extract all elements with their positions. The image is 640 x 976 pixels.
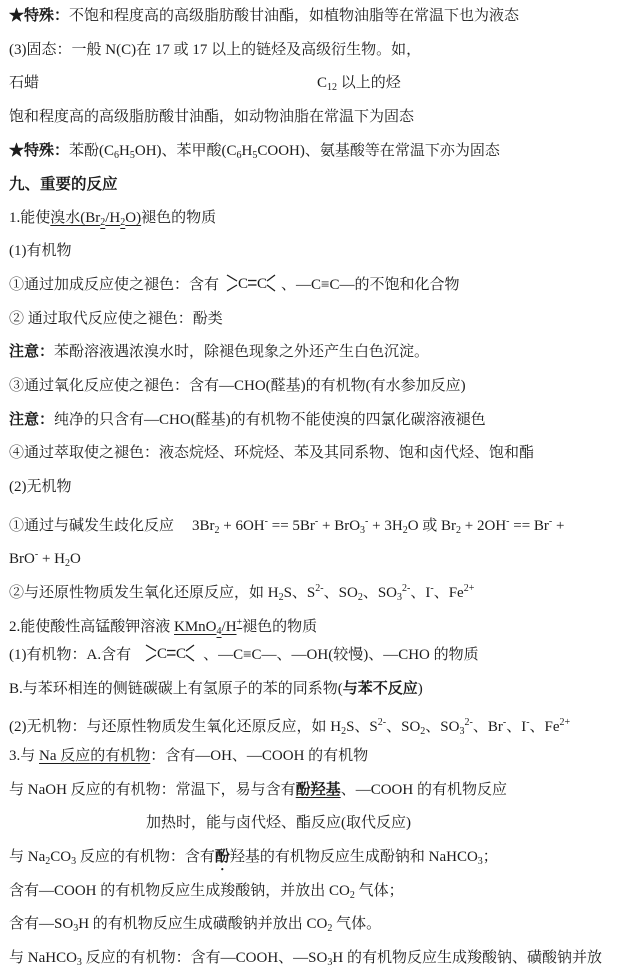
text-segment: 2- (464, 717, 472, 728)
text-segment: H (242, 143, 253, 159)
text-segment: == Br (510, 518, 549, 534)
text-line: 1.能使溴水(Br2/H2O)褪色的物质 (9, 202, 634, 236)
svg-text:C: C (257, 276, 267, 292)
text-segment: 、I (410, 585, 430, 601)
text-segment: 反应的有机物：含有—COOH、—SO (82, 950, 327, 966)
text-line: (1)有机物：A.含有CC、—C≡C—、—OH(较慢)、—CHO 的物质 (9, 639, 634, 673)
spacer (9, 826, 146, 827)
text-segment: ①通过与碱发生歧化反应 (9, 518, 174, 534)
text-segment: 纯净的只含有—CHO(醛基)的有机物不能使溴的四氯化碳溶液褪色 (54, 412, 486, 428)
text-segment: + 6OH (220, 518, 265, 534)
svg-text:C: C (157, 646, 167, 662)
text-segment: 与苯不反应 (343, 681, 418, 697)
text-segment: 3.与 (9, 748, 39, 764)
svg-text:C: C (238, 276, 248, 292)
text-line: 3.与 Na 反应的有机物：含有—OH、—COOH 的有机物 (9, 740, 634, 774)
text-segment: ★特殊： (9, 8, 69, 24)
text-line: ③通过氧化反应使之褪色：含有—CHO(醛基)的有机物(有水参加反应) (9, 370, 634, 404)
alkene-double-bond-icon: CC (226, 272, 276, 308)
text-segment: 2+ (560, 717, 571, 728)
spacer (219, 288, 224, 289)
text-line: 与 NaOH 反应的有机物：常温下，易与含有酚羟基、—COOH 的有机物反应 (9, 774, 634, 808)
text-segment: 、—C≡C—、—OH(较慢)、—CHO 的物质 (203, 647, 479, 663)
text-line: 石蜡C12 以上的烃 (9, 67, 634, 101)
text-segment: 与 NaHCO (9, 950, 77, 966)
text-segment: + H (38, 551, 65, 567)
text-segment: ； (483, 849, 498, 865)
text-line: ①通过与碱发生歧化反应3Br2 + 6OH- == 5Br- + BrO3- +… (9, 505, 634, 539)
text-segment: ④通过萃取使之褪色：液态烷烃、环烷烃、苯及其同系物、饱和卤代烃、饱和酯 (9, 445, 534, 461)
text-segment: 2- (378, 717, 386, 728)
text-segment: 、Br (473, 719, 503, 735)
spacer (174, 529, 192, 530)
text-line: 九、重要的反应 (9, 168, 634, 202)
text-segment: 气体； (355, 883, 404, 899)
text-line: 加热时，能与卤代烃、酯反应(取代反应) (9, 807, 634, 841)
text-line: 2.能使酸性高锰酸钾溶液 KMnO4/H+褪色的物质 (9, 606, 634, 640)
text-segment: KMnO (174, 619, 217, 635)
text-segment: OH)、苯甲酸(C (135, 143, 237, 159)
text-segment: 、SO (386, 719, 420, 735)
text-segment: + (552, 518, 564, 534)
text-segment: ③通过氧化反应使之褪色：含有—CHO(醛基)的有机物(有水参加反应) (9, 378, 466, 394)
text-line: 注意：苯酚溶液遇浓溴水时，除褪色现象之外还产生白色沉淀。 (9, 336, 634, 370)
text-segment: 与 Na (9, 849, 45, 865)
text-segment: 不饱和程度高的高级脂肪酸甘油酯，如植物油脂等在常温下也为液态 (69, 8, 519, 24)
text-segment: /H (105, 210, 120, 226)
text-segment: S、S (346, 719, 378, 735)
text-segment: 、Fe (530, 719, 560, 735)
text-segment: 饱和程度高的高级脂肪酸甘油酯，如动物油脂在常温下为固态 (9, 109, 414, 125)
text-segment: 气体。 (332, 916, 381, 932)
text-segment: H 的有机物反应生成羧酸钠、磺酸钠并放 (332, 950, 602, 966)
text-line: ①通过加成反应使之褪色：含有CC、—C≡C—的不饱和化合物 (9, 269, 634, 303)
text-segment: 石蜡 (9, 75, 39, 91)
text-segment: 注意： (9, 412, 54, 428)
text-segment: H 的有机物反应生成磺酸钠并放出 CO (78, 916, 327, 932)
text-segment: O) (125, 210, 141, 226)
text-segment: 、SO (425, 719, 459, 735)
text-segment: 苯酚(C (69, 143, 114, 159)
text-segment: + 3H (368, 518, 402, 534)
text-segment: 、I (506, 719, 526, 735)
text-segment: 含有—SO (9, 916, 73, 932)
text-segment: (2)无机物：与还原性物质发生氧化还原反应，如 H (9, 719, 341, 735)
text-segment: ：含有—OH、—COOH 的有机物 (150, 748, 368, 764)
text-segment: 3Br (192, 518, 215, 534)
text-segment: ②与还原性物质发生氧化还原反应，如 H (9, 585, 279, 601)
text-segment: S、S (284, 585, 316, 601)
text-segment: 、SO (363, 585, 397, 601)
text-segment: 2.能使酸性高锰酸钾溶液 (9, 619, 174, 635)
text-segment: 酚羟基 (296, 782, 341, 798)
text-segment: (1)有机物：A.含有 (9, 647, 131, 663)
spacer (131, 658, 143, 659)
text-segment: H (119, 143, 130, 159)
text-segment: 、—COOH 的有机物反应 (341, 782, 507, 798)
text-segment: 2+ (464, 583, 475, 594)
spacer (39, 86, 317, 87)
text-line: 含有—COOH 的有机物反应生成羧酸钠，并放出 CO2 气体； (9, 875, 634, 909)
text-segment: 溴水(Br (50, 210, 100, 226)
text-segment: 加热时，能与卤代烃、酯反应(取代反应) (146, 815, 411, 831)
text-segment: 、Fe (434, 585, 464, 601)
text-segment: B.与苯环相连的侧链碳碳上有氢原子的苯的同系物( (9, 681, 343, 697)
text-segment: O (70, 551, 81, 567)
text-line: ★特殊：苯酚(C6H5OH)、苯甲酸(C6H5COOH)、氨基酸等在常温下亦为固… (9, 135, 634, 169)
text-segment: 、—C≡C—的不饱和化合物 (281, 277, 459, 293)
text-segment: ② 通过取代反应使之褪色：酚类 (9, 311, 223, 327)
text-segment: 褪色的物质 (141, 210, 216, 226)
text-segment: 1.能使 (9, 210, 50, 226)
text-line: 含有—SO3H 的有机物反应生成磺酸钠并放出 CO2 气体。 (9, 908, 634, 942)
text-line: 饱和程度高的高级脂肪酸甘油酯，如动物油脂在常温下为固态 (9, 101, 634, 135)
text-segment: 注意： (9, 344, 54, 360)
text-segment: BrO (9, 551, 35, 567)
text-segment: 与 NaOH 反应的有机物：常温下，易与含有 (9, 782, 296, 798)
text-segment: 羟基的有机物反应生成酚钠和 NaHCO (230, 849, 478, 865)
text-line: 注意：纯净的只含有—CHO(醛基)的有机物不能使溴的四氯化碳溶液褪色 (9, 404, 634, 438)
text-segment: 酚 (215, 849, 230, 865)
text-segment: CO (50, 849, 71, 865)
text-segment: 以上的烃 (337, 75, 401, 91)
text-line: (1)有机物 (9, 235, 634, 269)
document-page: ★特殊：不饱和程度高的高级脂肪酸甘油酯，如植物油脂等在常温下也为液态(3)固态：… (0, 0, 640, 976)
text-segment: /H (222, 619, 237, 635)
text-segment: 、SO (324, 585, 358, 601)
text-segment: ) (418, 681, 423, 697)
text-segment: + 2OH (461, 518, 506, 534)
text-line: ②与还原性物质发生氧化还原反应，如 H2S、S2-、SO2、SO32-、I-、F… (9, 572, 634, 606)
text-segment: 反应的有机物：含有 (76, 849, 215, 865)
text-line: ★特殊：不饱和程度高的高级脂肪酸甘油酯，如植物油脂等在常温下也为液态 (9, 0, 634, 34)
text-segment: COOH)、氨基酸等在常温下亦为固态 (257, 143, 500, 159)
text-segment: + BrO (318, 518, 360, 534)
text-line: (3)固态：一般 N(C)在 17 或 17 以上的链烃及高级衍生物。如， (9, 34, 634, 68)
text-segment: 九、重要的反应 (9, 176, 118, 193)
text-line: ④通过萃取使之褪色：液态烷烃、环烷烃、苯及其同系物、饱和卤代烃、饱和酯 (9, 437, 634, 471)
text-segment: O 或 Br (408, 518, 456, 534)
text-segment: (3)固态：一般 N(C)在 17 或 17 以上的链烃及高级衍生物。如， (9, 42, 421, 58)
text-segment: ★特殊： (9, 143, 69, 159)
text-segment: 2- (315, 583, 323, 594)
svg-text:C: C (176, 646, 186, 662)
text-segment: 含有—COOH 的有机物反应生成羧酸钠，并放出 CO (9, 883, 350, 899)
text-line: BrO- + H2O (9, 538, 634, 572)
text-segment: 12 (327, 82, 337, 93)
text-segment: (1)有机物 (9, 243, 72, 259)
text-line: 与 NaHCO3 反应的有机物：含有—COOH、—SO3H 的有机物反应生成羧酸… (9, 942, 634, 976)
text-line: ② 通过取代反应使之褪色：酚类 (9, 303, 634, 337)
text-segment: ①通过加成反应使之褪色：含有 (9, 277, 219, 293)
text-line: B.与苯环相连的侧链碳碳上有氢原子的苯的同系物(与苯不反应) (9, 673, 634, 707)
text-line: (2)无机物 (9, 471, 634, 505)
text-segment: C (317, 75, 327, 91)
text-segment: == 5Br (268, 518, 315, 534)
text-segment: Na 反应的有机物 (39, 748, 150, 764)
text-segment: 褪色的物质 (242, 619, 317, 635)
text-segment: (2)无机物 (9, 479, 72, 495)
text-line: 与 Na2CO3 反应的有机物：含有酚羟基的有机物反应生成酚钠和 NaHCO3； (9, 841, 634, 875)
text-segment: 苯酚溶液遇浓溴水时，除褪色现象之外还产生白色沉淀。 (54, 344, 429, 360)
text-line: (2)无机物：与还原性物质发生氧化还原反应，如 H2S、S2-、SO2、SO32… (9, 706, 634, 740)
